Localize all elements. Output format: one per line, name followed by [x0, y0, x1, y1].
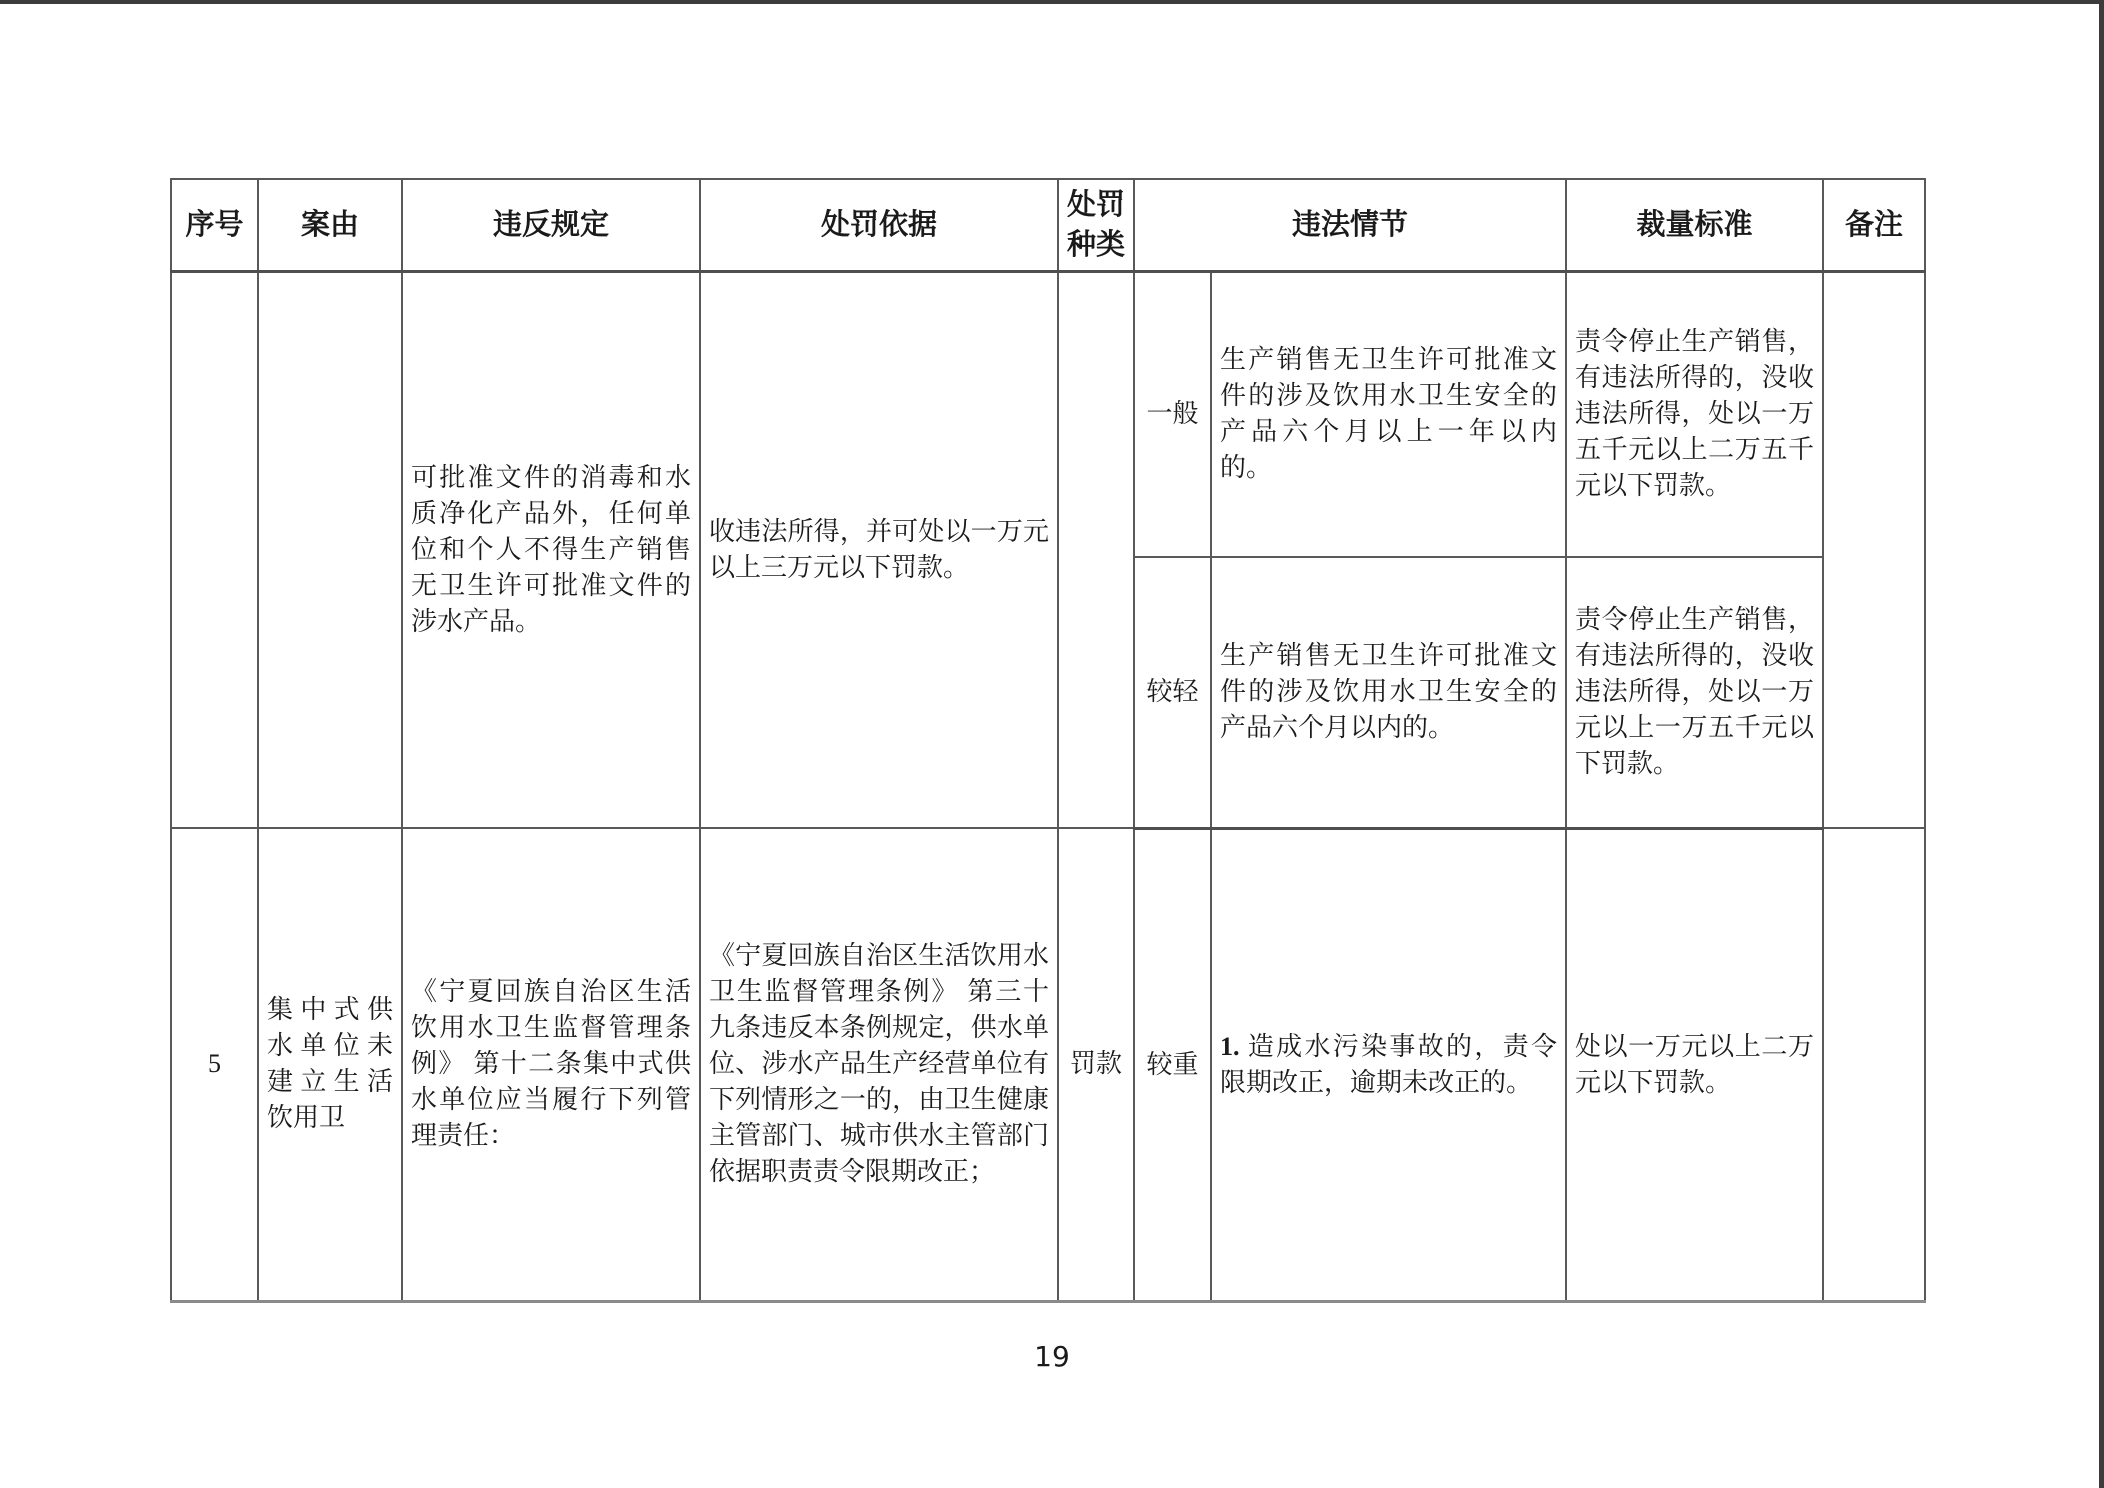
header-illegal-circumstances: 违法情节 — [1134, 179, 1566, 271]
cell-standard-5: 处以一万元以上二万元以下罚款。 — [1566, 828, 1823, 1301]
circumstance-item-text: 造成水污染事故的，责令限期改正，逾期未改正的。 — [1220, 1032, 1557, 1097]
header-remarks: 备注 — [1823, 179, 1925, 271]
row-5: 5 集中式供水单位未建立生活饮用卫 《宁夏回族自治区生活饮用水卫生监督管理条例》… — [171, 828, 1925, 1301]
header-penalty-basis: 处罚依据 — [700, 179, 1058, 271]
header-serial: 序号 — [171, 179, 258, 271]
header-violation: 违反规定 — [402, 179, 700, 271]
cell-severity-lighter: 较轻 — [1134, 557, 1211, 828]
page-number: 19 — [0, 1340, 2104, 1373]
cell-circumstance-general: 生产销售无卫生许可批准文件的涉及饮用水卫生安全的产品六个月以上一年以内的。 — [1211, 271, 1566, 557]
page-top-border — [0, 0, 2104, 4]
header-penalty-type: 处罚种类 — [1058, 179, 1134, 271]
cell-cause-continuation — [258, 271, 402, 828]
document-page: 序号 案由 违反规定 处罚依据 处罚种类 违法情节 裁量标准 备注 可批准文件的… — [0, 0, 2104, 1488]
continuation-row-subrow-general: 可批准文件的消毒和水质净化产品外，任何单位和个人不得生产销售无卫生许可批准文件的… — [171, 271, 1925, 557]
cell-circumstance-5: 1.造成水污染事故的，责令限期改正，逾期未改正的。 — [1211, 828, 1566, 1301]
cell-remarks-5 — [1823, 828, 1925, 1301]
page-right-border — [2099, 0, 2104, 1488]
penalty-discretion-table: 序号 案由 违反规定 处罚依据 处罚种类 违法情节 裁量标准 备注 可批准文件的… — [170, 178, 1926, 1303]
cell-violation-continuation: 可批准文件的消毒和水质净化产品外，任何单位和个人不得生产销售无卫生许可批准文件的… — [402, 271, 700, 828]
cell-standard-general: 责令停止生产销售，有违法所得的，没收违法所得，处以一万五千元以上二万五千元以下罚… — [1566, 271, 1823, 557]
cell-circumstance-lighter: 生产销售无卫生许可批准文件的涉及饮用水卫生安全的产品六个月以内的。 — [1211, 557, 1566, 828]
cell-remarks-continuation — [1823, 271, 1925, 828]
cell-serial-5: 5 — [171, 828, 258, 1301]
cell-penalty-basis-continuation: 收违法所得，并可处以一万元以上三万元以下罚款。 — [700, 271, 1058, 828]
header-cause: 案由 — [258, 179, 402, 271]
header-discretion-standard: 裁量标准 — [1566, 179, 1823, 271]
cell-serial-continuation — [171, 271, 258, 828]
cell-standard-lighter: 责令停止生产销售，有违法所得的，没收违法所得，处以一万元以上一万五千元以下罚款。 — [1566, 557, 1823, 828]
table-header-row: 序号 案由 违反规定 处罚依据 处罚种类 违法情节 裁量标准 备注 — [171, 179, 1925, 271]
cell-severity-heavier: 较重 — [1134, 828, 1211, 1301]
circumstance-item-number: 1. — [1220, 1032, 1240, 1061]
cell-violation-5: 《宁夏回族自治区生活饮用水卫生监督管理条例》 第十二条集中式供水单位应当履行下列… — [402, 828, 700, 1301]
cell-cause-5: 集中式供水单位未建立生活饮用卫 — [258, 828, 402, 1301]
cell-severity-general: 一般 — [1134, 271, 1211, 557]
cell-penalty-basis-5: 《宁夏回族自治区生活饮用水卫生监督管理条例》 第三十九条违反本条例规定，供水单位… — [700, 828, 1058, 1301]
cell-penalty-type-continuation — [1058, 271, 1134, 828]
cell-penalty-type-5: 罚款 — [1058, 828, 1134, 1301]
